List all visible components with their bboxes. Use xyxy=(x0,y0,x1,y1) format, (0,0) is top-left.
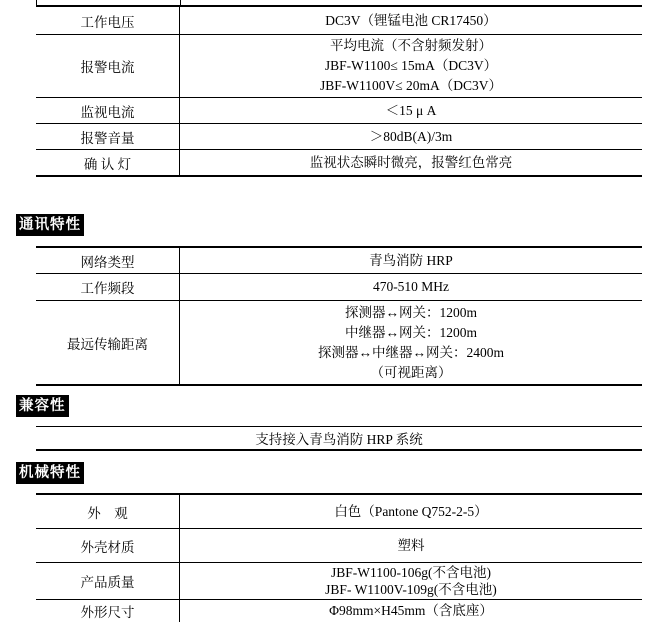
value-line: Φ98mm×H45mm（含底座） xyxy=(184,601,638,621)
value-line: （可视距离） xyxy=(184,363,638,383)
value-line: 平均电流（不含射频发射） xyxy=(184,36,638,56)
value-line: 青鸟消防 HRP xyxy=(184,251,638,271)
mechanical-table: 外 观 白色（Pantone Q752-2-5） 外壳材质 塑料 产品质量 JB… xyxy=(36,493,642,622)
row-label: 产品质量 xyxy=(36,563,180,599)
row-label: 报警音量 xyxy=(36,124,180,149)
compatibility-value: 支持接入青鸟消防 HRP 系统 xyxy=(255,428,423,448)
row-label: 确 认 灯 xyxy=(36,150,180,175)
table-row: 工作电压 DC3V（锂锰电池 CR17450） xyxy=(36,7,642,35)
communication-table: 网络类型 青鸟消防 HRP 工作频段 470-510 MHz 最远传输距离 探测… xyxy=(36,246,642,386)
row-label: 报警电流 xyxy=(36,35,180,97)
section-heading-mechanical: 机械特性 xyxy=(16,462,84,484)
value-line: ＜15 μ A xyxy=(184,101,638,121)
table-row: 网络类型 青鸟消防 HRP xyxy=(36,248,642,274)
row-label: 外壳材质 xyxy=(36,529,180,562)
row-label: 工作频段 xyxy=(36,274,180,300)
value-line: 中继器↔网关：1200m xyxy=(184,323,638,343)
row-value: 白色（Pantone Q752-2-5） xyxy=(180,495,642,528)
table-row: 产品质量 JBF-W1100-106g(不含电池) JBF- W1100V-10… xyxy=(36,563,642,600)
row-value: 470-510 MHz xyxy=(180,274,642,300)
row-value: 探测器↔网关：1200m 中继器↔网关：1200m 探测器↔中继器↔网关：240… xyxy=(180,301,642,384)
value-line: ＞80dB(A)/3m xyxy=(184,127,638,147)
value-line: 探测器↔网关：1200m xyxy=(184,303,638,323)
section-heading-compatibility: 兼容性 xyxy=(16,395,69,417)
table-row: 外壳材质 塑料 xyxy=(36,529,642,563)
value-line: 塑料 xyxy=(184,536,638,556)
value-line: 监视状态瞬时微亮，报警红色常亮 xyxy=(184,153,638,173)
row-value: 监视状态瞬时微亮，报警红色常亮 xyxy=(180,150,642,175)
value-line: JBF-W1100V≤ 20mA（DC3V） xyxy=(184,76,638,96)
row-label: 最远传输距离 xyxy=(36,301,180,384)
table-row: 报警电流 平均电流（不含射频发射） JBF-W1100≤ 15mA（DC3V） … xyxy=(36,35,642,98)
value-line: JBF- W1100V-109g(不含电池) xyxy=(184,581,638,598)
section-heading-communication: 通讯特性 xyxy=(16,214,84,236)
row-value: ＜15 μ A xyxy=(180,98,642,123)
row-value: JBF-W1100-106g(不含电池) JBF- W1100V-109g(不含… xyxy=(180,563,642,599)
row-label: 外形尺寸 xyxy=(36,600,180,622)
table-row: 最远传输距离 探测器↔网关：1200m 中继器↔网关：1200m 探测器↔中继器… xyxy=(36,301,642,386)
value-line: 探测器↔中继器↔网关：2400m xyxy=(184,343,638,363)
electrical-table: 工作电压 DC3V（锂锰电池 CR17450） 报警电流 平均电流（不含射频发射… xyxy=(36,5,642,177)
value-line: DC3V（锂锰电池 CR17450） xyxy=(184,11,638,31)
spec-sheet-page: 工作电压 DC3V（锂锰电池 CR17450） 报警电流 平均电流（不含射频发射… xyxy=(0,0,665,622)
row-value: 塑料 xyxy=(180,529,642,562)
row-label: 网络类型 xyxy=(36,248,180,273)
compatibility-row: 支持接入青鸟消防 HRP 系统 xyxy=(36,426,642,451)
row-label: 监视电流 xyxy=(36,98,180,123)
table-row: 工作频段 470-510 MHz xyxy=(36,274,642,301)
row-value: DC3V（锂锰电池 CR17450） xyxy=(180,7,642,34)
table-row: 外形尺寸 Φ98mm×H45mm（含底座） xyxy=(36,600,642,622)
table-row: 外 观 白色（Pantone Q752-2-5） xyxy=(36,495,642,529)
value-line: JBF-W1100-106g(不含电池) xyxy=(184,564,638,581)
table-row: 确 认 灯 监视状态瞬时微亮，报警红色常亮 xyxy=(36,150,642,177)
value-line: 白色（Pantone Q752-2-5） xyxy=(184,502,638,522)
row-value: 青鸟消防 HRP xyxy=(180,248,642,273)
row-value: Φ98mm×H45mm（含底座） xyxy=(180,600,642,622)
value-line: 470-510 MHz xyxy=(184,277,638,297)
value-line: JBF-W1100≤ 15mA（DC3V） xyxy=(184,56,638,76)
row-label: 外 观 xyxy=(36,495,180,528)
row-value: 平均电流（不含射频发射） JBF-W1100≤ 15mA（DC3V） JBF-W… xyxy=(180,35,642,97)
table-row: 报警音量 ＞80dB(A)/3m xyxy=(36,124,642,150)
row-label: 工作电压 xyxy=(36,7,180,34)
row-value: ＞80dB(A)/3m xyxy=(180,124,642,149)
table-row: 监视电流 ＜15 μ A xyxy=(36,98,642,124)
